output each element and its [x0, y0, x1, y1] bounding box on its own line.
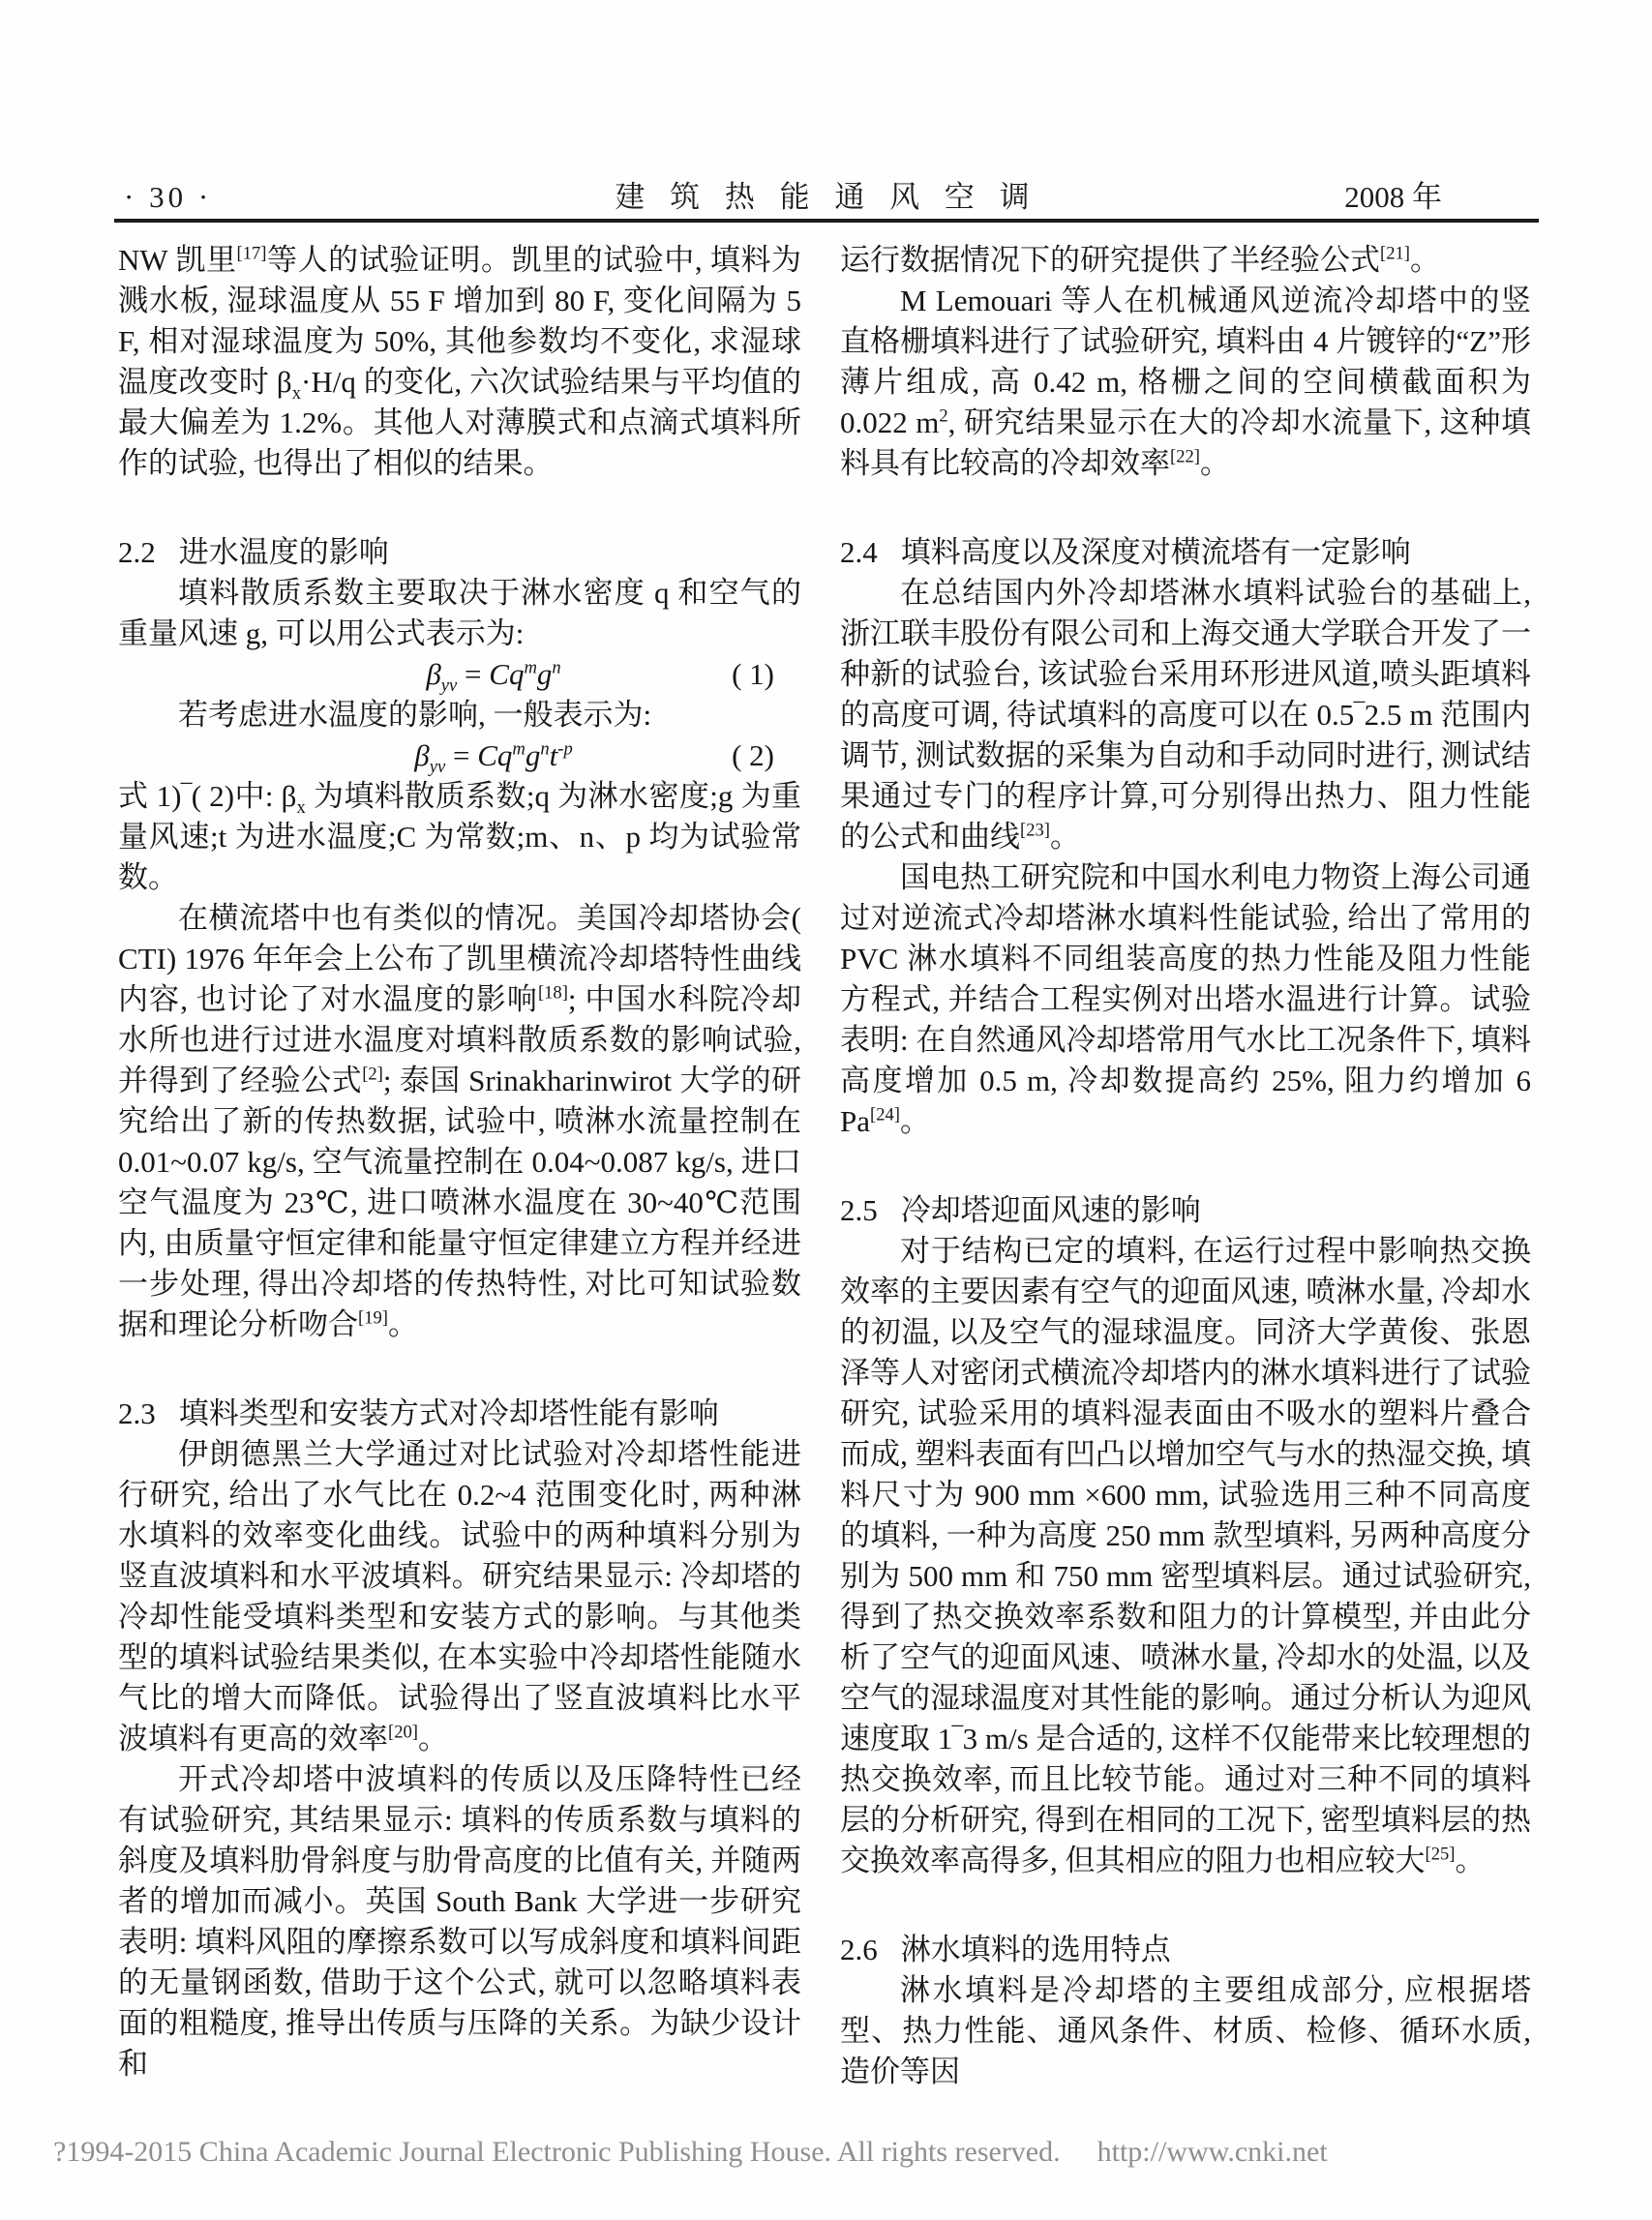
section-number: 2.5 — [840, 1190, 878, 1231]
section-heading-2.3: 2.3填料类型和安装方式对冷却塔性能有影响 — [118, 1394, 801, 1434]
paragraph: 式 1)‾( 2)中: βx 为填料散质系数;q 为淋水密度;g 为重量风速;t… — [118, 776, 801, 898]
text-run: 淋水填料是冷却塔的主要组成部分, 应根据塔型、热力性能、通风条件、材质、检修、循… — [840, 1973, 1531, 2088]
subscript: yv — [441, 675, 458, 696]
text-run: 。 — [1050, 820, 1080, 854]
superscript: m — [512, 739, 525, 760]
paragraph: 对于结构已定的填料, 在运行过程中影响热交换效率的主要因素有空气的迎面风速, 喷… — [840, 1231, 1531, 1881]
equation: βyv = Cqmgn( 1) — [118, 654, 801, 695]
paragraph: 运行数据情况下的研究提供了半经验公式[21]。 — [840, 240, 1531, 281]
year-label: 2008 年 — [1344, 176, 1442, 219]
section-title: 冷却塔迎面风速的影响 — [901, 1193, 1201, 1227]
section-number: 2.2 — [118, 532, 156, 573]
text-run: = — [457, 657, 489, 691]
section-heading-2.4: 2.4填料高度以及深度对横流塔有一定影响 — [840, 532, 1531, 573]
text-run: 。 — [1200, 446, 1230, 480]
paragraph: M Lemouari 等人在机械通风逆流冷却塔中的竖直格栅填料进行了试验研究, … — [840, 281, 1531, 484]
header-rule — [114, 219, 1539, 223]
text-run: g — [537, 657, 553, 691]
text-run: 。 — [1455, 1844, 1485, 1877]
section-title: 填料高度以及深度对横流塔有一定影响 — [901, 535, 1411, 569]
text-run: t — [550, 738, 558, 772]
equation-body: βyv = Cqmgnt-p — [414, 738, 573, 772]
text-run: Cq — [489, 657, 524, 691]
journal-title: 建 筑 热 能 通 风 空 调 — [114, 176, 1539, 219]
text-run: NW 凯里 — [118, 243, 237, 277]
section-heading-2.5: 2.5冷却塔迎面风速的影响 — [840, 1190, 1531, 1231]
paragraph: 若考虑进水温度的影响, 一般表示为: — [118, 695, 801, 735]
text-run: 国电热工研究院和中国水利电力物资上海公司通过对逆流式冷却塔淋水填料性能试验, 给… — [840, 860, 1531, 1138]
text-run: 填料散质系数主要取决于淋水密度 q 和空气的重量风速 g, 可以用公式表示为: — [118, 576, 801, 650]
subscript: x — [292, 383, 301, 404]
left-column: NW 凯里[17]等人的试验证明。凯里的试验中, 填料为溅水板, 湿球温度从 5… — [118, 240, 801, 2085]
text-run: 若考虑进水温度的影响, 一般表示为: — [178, 698, 651, 732]
superscript: [17] — [237, 244, 267, 264]
paragraph: 开式冷却塔中波填料的传质以及压降特性已经有试验研究, 其结果显示: 填料的传质系… — [118, 1759, 801, 2085]
text-run: β — [426, 657, 440, 691]
equation-number: ( 1) — [732, 654, 774, 695]
subscript: yv — [430, 757, 446, 777]
superscript: [20] — [388, 1723, 418, 1743]
copyright-text: ?1994-2015 China Academic Journal Electr… — [53, 2136, 1061, 2168]
text-run: g — [526, 738, 541, 772]
text-run: = — [445, 738, 477, 772]
section-title: 填料类型和安装方式对冷却塔性能有影响 — [179, 1396, 719, 1430]
text-run: 在总结国内外冷却塔淋水填料试验台的基础上, 浙江联丰股份有限公司和上海交通大学联… — [840, 576, 1531, 854]
superscript: [18] — [538, 983, 568, 1004]
section-number: 2.3 — [118, 1394, 156, 1434]
text-run: 运行数据情况下的研究提供了半经验公式 — [840, 243, 1380, 277]
text-run: Cq — [477, 738, 512, 772]
superscript: -p — [557, 739, 573, 760]
section-heading-2.2: 2.2进水温度的影响 — [118, 532, 801, 573]
text-run: 。 — [1410, 243, 1440, 277]
text-run: 对于结构已定的填料, 在运行过程中影响热交换效率的主要因素有空气的迎面风速, 喷… — [840, 1234, 1531, 1877]
superscript: [19] — [358, 1308, 388, 1329]
cnki-url: http://www.cnki.net — [1097, 2136, 1328, 2168]
text-run: 。 — [900, 1104, 930, 1138]
paragraph: 填料散质系数主要取决于淋水密度 q 和空气的重量风速 g, 可以用公式表示为: — [118, 573, 801, 654]
text-run: 。 — [418, 1722, 448, 1755]
text-run: β — [414, 738, 429, 772]
paragraph: NW 凯里[17]等人的试验证明。凯里的试验中, 填料为溅水板, 湿球温度从 5… — [118, 240, 801, 484]
superscript: [22] — [1170, 447, 1200, 467]
paragraph: 国电热工研究院和中国水利电力物资上海公司通过对逆流式冷却塔淋水填料性能试验, 给… — [840, 857, 1531, 1142]
section-title: 淋水填料的选用特点 — [901, 1933, 1171, 1966]
right-column: 运行数据情况下的研究提供了半经验公式[21]。M Lemouari 等人在机械通… — [840, 240, 1531, 2092]
journal-page: · 30 · 建 筑 热 能 通 风 空 调 2008 年 NW 凯里[17]等… — [0, 0, 1652, 2220]
superscript: [25] — [1426, 1845, 1456, 1865]
superscript: n — [552, 658, 560, 678]
superscript: [24] — [870, 1105, 900, 1125]
superscript: [23] — [1020, 821, 1050, 841]
equation: βyv = Cqmgnt-p( 2) — [118, 735, 801, 776]
equation-number: ( 2) — [732, 735, 774, 776]
superscript: m — [524, 658, 536, 678]
text-run: 开式冷却塔中波填料的传质以及压降特性已经有试验研究, 其结果显示: 填料的传质系… — [118, 1762, 801, 2081]
section-heading-2.6: 2.6淋水填料的选用特点 — [840, 1930, 1531, 1970]
paragraph: 在总结国内外冷却塔淋水填料试验台的基础上, 浙江联丰股份有限公司和上海交通大学联… — [840, 573, 1531, 857]
text-run: 伊朗德黑兰大学通过对比试验对冷却塔性能进行研究, 给出了水气比在 0.2~4 范… — [118, 1437, 801, 1755]
superscript: [21] — [1380, 244, 1410, 264]
section-title: 进水温度的影响 — [179, 535, 389, 569]
text-run: ; 泰国 Srinakharinwirot 大学的研究给出了新的传热数据, 试验… — [118, 1064, 801, 1341]
equation-body: βyv = Cqmgn — [426, 657, 560, 691]
subscript: x — [296, 797, 305, 818]
section-number: 2.6 — [840, 1930, 878, 1970]
page-header: · 30 · 建 筑 热 能 通 风 空 调 2008 年 — [114, 176, 1539, 219]
text-run: 式 1)‾( 2)中: β — [118, 779, 296, 813]
superscript: [2] — [362, 1065, 383, 1085]
paragraph: 在横流塔中也有类似的情况。美国冷却塔协会( CTI) 1976 年年会上公布了凯… — [118, 898, 801, 1345]
paragraph: 淋水填料是冷却塔的主要组成部分, 应根据塔型、热力性能、通风条件、材质、检修、循… — [840, 1970, 1531, 2092]
paragraph: 伊朗德黑兰大学通过对比试验对冷却塔性能进行研究, 给出了水气比在 0.2~4 范… — [118, 1434, 801, 1759]
superscript: n — [540, 739, 549, 760]
section-number: 2.4 — [840, 532, 878, 573]
text-run: 。 — [388, 1307, 418, 1341]
superscript: 2 — [939, 406, 947, 427]
page-footer: ?1994-2015 China Academic Journal Electr… — [53, 2135, 1602, 2170]
